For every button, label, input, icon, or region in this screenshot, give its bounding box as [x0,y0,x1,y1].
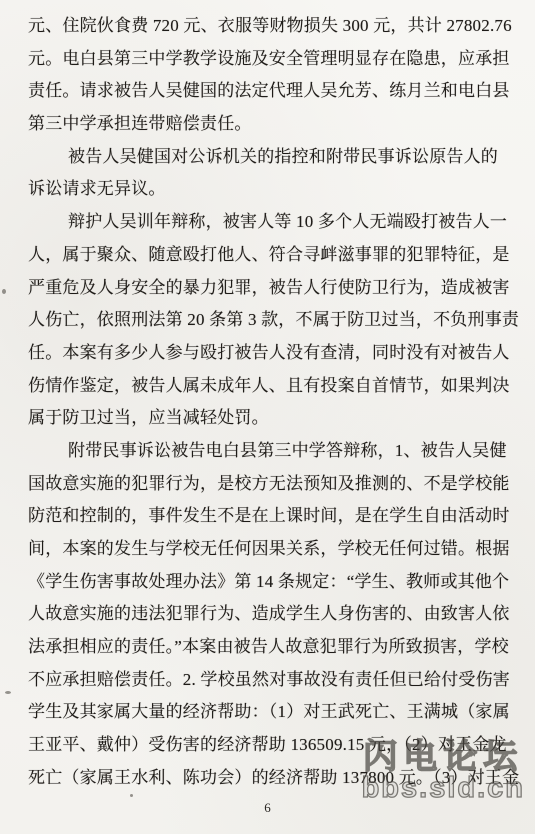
document-line: 属于防卫过当，应当减轻处罚。 [28,402,511,435]
document-line: 学生及其家属大量的经济帮助：（1）对王武死亡、王满城（家属 [28,696,511,729]
document-line: 第三中学承担连带赔偿责任。 [28,108,511,141]
document-line: 严重危及人身安全的暴力犯罪，被告人行使防卫行为，造成被害 [28,272,511,305]
document-line: 辩护人吴训年辩称，被害人等 10 多个人无端殴打被告人一 [28,206,511,239]
document-line: 伤情作鉴定，被告人属未成年人、且有投案自首情节，如果判决 [28,370,511,403]
document-line: 人伤亡，依照刑法第 20 条第 3 款，不属于防卫过当，不负刑事责 [28,304,511,337]
document-line: 王亚平、戴仲）受伤害的经济帮助 136509.15 元，（2）对王金龙 [28,729,511,762]
document-line: 不应承担赔偿责任。2. 学校虽然对事故没有责任但已给付受伤害 [28,664,511,697]
document-line: 《学生伤害事故处理办法》第 14 条规定：“学生、教师或其他个 [28,566,511,599]
document-line: 死亡（家属王水利、陈功会）的经济帮助 137800 元。（3）对王金 [28,762,511,795]
scan-artifact [2,289,6,294]
document-line: 国故意实施的犯罪行为，是校方无法预知及推测的、不是学校能 [28,468,511,501]
scan-artifact [130,794,133,797]
document-line: 被告人吴健国对公诉机关的指控和附带民事诉讼原告人的 [28,141,511,174]
document-line: 间，本案的发生与学校无任何因果关系，学校无任何过错。根据 [28,533,511,566]
page-number: 6 [0,800,535,816]
document-line: 任。本案有多少人参与殴打被告人没有查清，同时没有对被告人 [28,337,511,370]
document-line: 防范和控制的，事件发生不是在上课时间，是在学生自由活动时 [28,500,511,533]
document-line: 人故意实施的违法犯罪行为、造成学生人身伤害的、由致害人依 [28,598,511,631]
document-line: 附带民事诉讼被告电白县第三中学答辩称，1、被告人吴健 [28,435,511,468]
document-line: 元。电白县第三中学教学设施及安全管理明显存在隐患，应承担 [28,43,511,76]
document-line: 责任。请求被告人吴健国的法定代理人吴允芳、练月兰和电白县 [28,75,511,108]
document-text-block: 元、住院伙食费 720 元、衣服等财物损失 300 元，共计 27802.76 … [28,10,511,795]
document-line: 法承担相应的责任。”本案由被告人故意犯罪行为所致损害，学校 [28,631,511,664]
document-line: 诉讼请求无异议。 [28,173,511,206]
document-line: 元、住院伙食费 720 元、衣服等财物损失 300 元，共计 27802.76 [28,10,511,43]
scanned-document-page: 元、住院伙食费 720 元、衣服等财物损失 300 元，共计 27802.76 … [0,0,535,834]
scan-artifact [5,691,11,694]
document-line: 人，属于聚众、随意殴打他人、符合寻衅滋事罪的犯罪特征，是 [28,239,511,272]
